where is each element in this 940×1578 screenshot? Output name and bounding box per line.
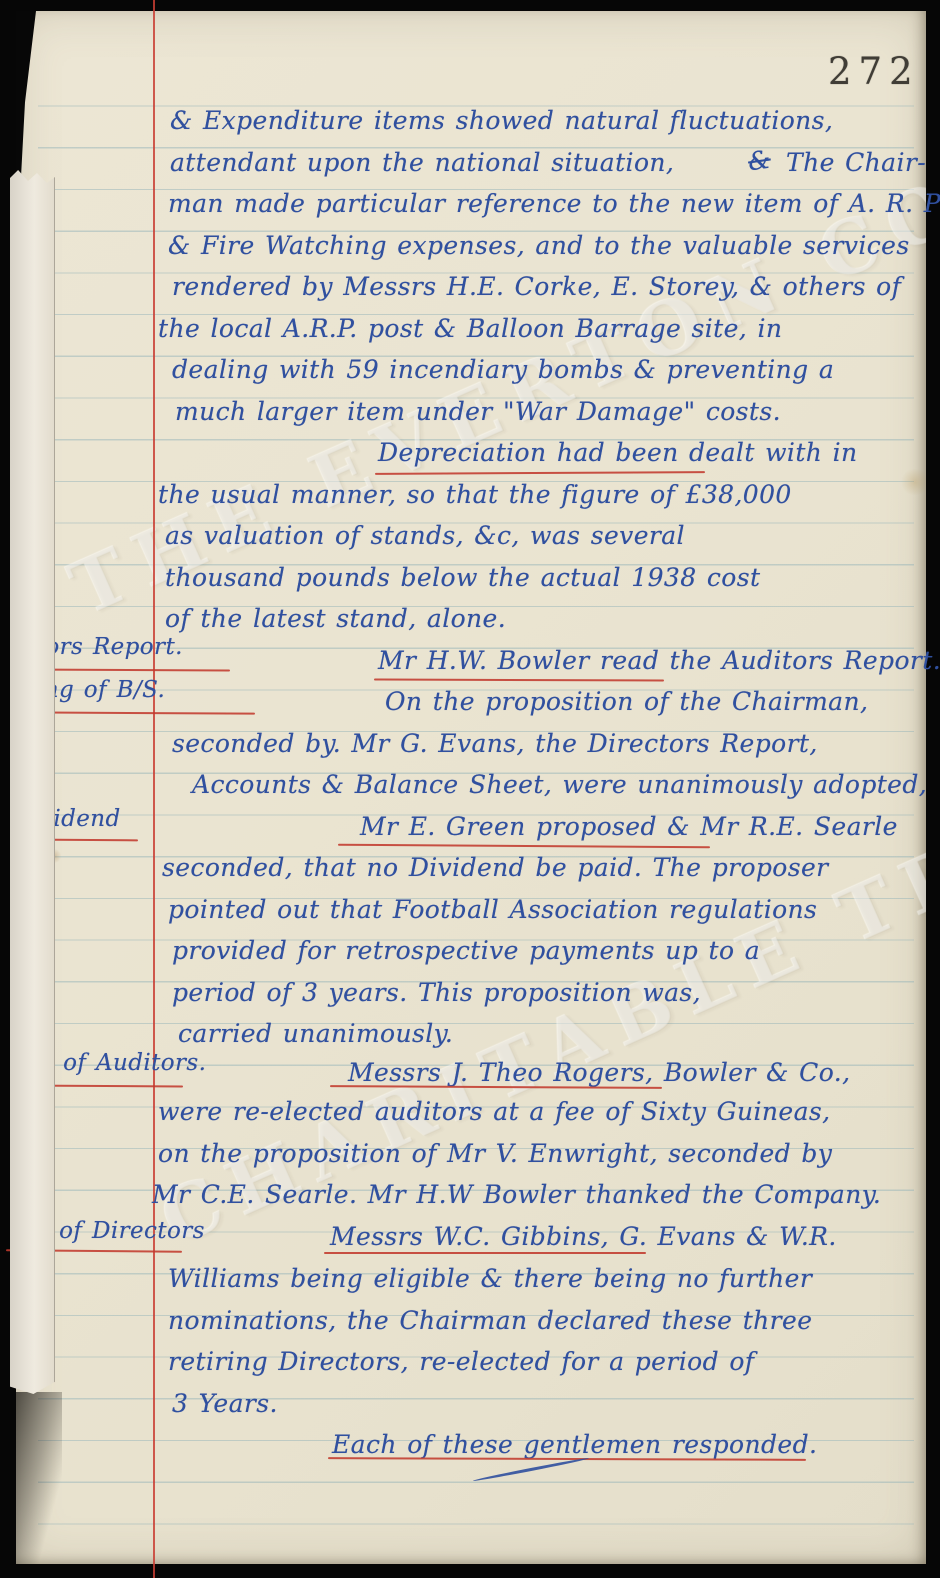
handwritten-line: Mr H.W. Bowler read the Auditors Report.	[378, 646, 940, 675]
handwritten-line: much larger item under "War Damage" cost…	[175, 397, 781, 426]
red-ink-underline	[324, 1252, 646, 1254]
handwritten-line: retiring Directors, re-elected for a per…	[168, 1347, 754, 1376]
handwritten-line: Mr E. Green proposed & Mr R.E. Searle	[360, 812, 898, 841]
page-number: 272	[828, 50, 920, 93]
handwritten-line: seconded by. Mr G. Evans, the Directors …	[172, 729, 818, 758]
handwritten-line: were re-elected auditors at a fee of Six…	[158, 1097, 830, 1126]
handwritten-line: 3 Years.	[172, 1389, 278, 1418]
handwritten-line: Accounts & Balance Sheet, were unanimous…	[192, 770, 927, 799]
handwritten-line: pointed out that Football Association re…	[168, 895, 817, 924]
paper-stain	[900, 469, 926, 495]
handwritten-line: attendant upon the national situation,	[170, 148, 674, 177]
scanned-minute-book-photo: THE EVERTON COLLECTION CHARITABLE TRUST …	[0, 0, 940, 1578]
handwritten-line: Mr C.E. Searle. Mr H.W Bowler thanked th…	[152, 1180, 881, 1209]
handwritten-line: The Chair-	[786, 148, 926, 177]
handwritten-line: on the proposition of Mr V. Enwright, se…	[158, 1139, 832, 1168]
handwritten-line: period of 3 years. This proposition was,	[172, 978, 701, 1007]
handwritten-line: Messrs W.C. Gibbins, G. Evans & W.R.	[330, 1222, 837, 1251]
handwritten-line: thousand pounds below the actual 1938 co…	[165, 563, 760, 592]
handwritten-line: the local A.R.P. post & Balloon Barrage …	[158, 314, 782, 343]
handwritten-line: On the proposition of the Chairman,	[385, 687, 868, 716]
red-margin-line	[153, 0, 155, 1578]
handwritten-line: Depreciation had been dealt with in	[378, 438, 858, 467]
handwritten-line: & Expenditure items showed natural fluct…	[170, 106, 833, 135]
handwritten-line: as valuation of stands, &c, was several	[165, 521, 685, 550]
handwritten-line: provided for retrospective payments up t…	[172, 936, 760, 965]
margin-note: ing of B/S.	[36, 677, 165, 703]
handwritten-line: & Fire Watching expenses, and to the val…	[168, 231, 910, 260]
handwritten-line: nominations, the Chairman declared these…	[168, 1306, 812, 1335]
handwritten-line: man made particular reference to the new…	[168, 189, 940, 218]
handwritten-line: rendered by Messrs H.E. Corke, E. Storey…	[172, 272, 901, 301]
handwritten-line: seconded, that no Dividend be paid. The …	[162, 853, 829, 882]
torn-page-stub	[10, 170, 55, 1394]
handwritten-line: dealing with 59 incendiary bombs & preve…	[172, 355, 834, 384]
page-edge-shadow	[16, 1392, 62, 1564]
handwritten-line: the usual manner, so that the figure of …	[158, 480, 792, 509]
handwritten-line: of the latest stand, alone.	[165, 604, 506, 633]
handwritten-line: carried unanimously.	[178, 1019, 453, 1048]
handwritten-line: Messrs J. Theo Rogers, Bowler & Co.,	[348, 1058, 850, 1087]
struck-out-ampersand: &	[746, 145, 772, 177]
handwritten-line: Williams being eligible & there being no…	[168, 1264, 812, 1293]
handwritten-line: Each of these gentlemen responded.	[332, 1430, 817, 1459]
